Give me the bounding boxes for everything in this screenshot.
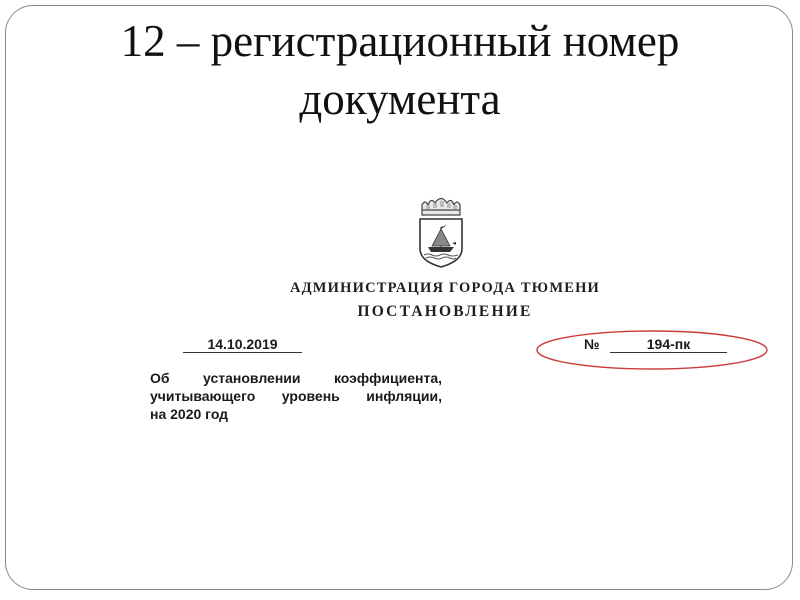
subject-line-3: на 2020 год — [150, 405, 442, 423]
document-date: 14.10.2019 — [183, 336, 302, 352]
subject-line-1: Об установлении коэффициента, — [150, 369, 442, 387]
issuer-name: АДМИНИСТРАЦИЯ ГОРОДА ТЮМЕНИ — [0, 280, 800, 297]
slide-title: 12 – регистрационный номер документа — [0, 12, 800, 128]
coat-of-arms-icon — [416, 191, 466, 269]
document-type: ПОСТАНОВЛЕНИЕ — [0, 303, 800, 321]
subject-line-2: учитывающего уровень инфляции, — [150, 387, 442, 405]
slide-title-line-2: документа — [0, 70, 800, 128]
date-underline — [183, 352, 302, 353]
slide-title-line-1: 12 – регистрационный номер — [0, 12, 800, 70]
highlight-ellipse — [534, 328, 770, 374]
document-subject: Об установлении коэффициента, учитывающе… — [150, 369, 442, 423]
